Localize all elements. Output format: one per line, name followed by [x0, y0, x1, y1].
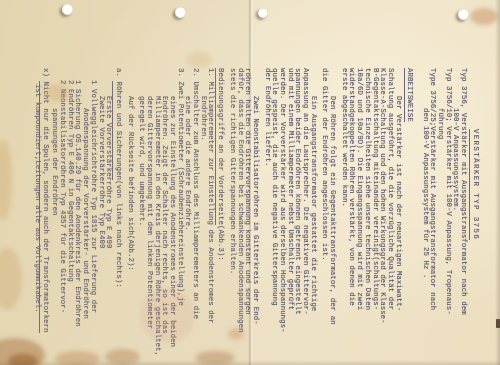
- text-line: Typ 3756/10; Verstärker mit 100-V Anpass…: [443, 68, 451, 341]
- text-line: werden. Der Vorverstärker wird aus derse…: [277, 68, 285, 341]
- text-line: ist kompoundiert;Leitungen alle aus Voll…: [32, 68, 40, 341]
- punch-hole-icon: [175, 7, 186, 18]
- text-line: Anpassung an die Lautsprecher. Die negat…: [300, 68, 308, 341]
- text-line: 1 Vollweggleichrichtröhre Typ 1815 zur L…: [88, 68, 96, 341]
- text-line: die Gitter der Endröhren angeschlossen i…: [320, 68, 328, 341]
- text-line: technische Einzelheiten siehe unsere tec…: [362, 68, 370, 341]
- text-line: Der Verstärker ist nach der neuartigen M…: [393, 68, 401, 341]
- blank-line: [412, 68, 420, 341]
- paper-edge-shadow: [0, 360, 500, 365]
- punch-hole-icon: [62, 4, 73, 15]
- text-line: 2 Endröhren Typ E 406 N in Gegentaktscha…: [65, 68, 73, 341]
- heading-line: Bedienungsgriffe an der Vorderseite(Abb.…: [215, 68, 223, 341]
- text-line: Den Röhren folgt ein Gegentakttransforma…: [327, 68, 335, 341]
- text-line: den 100-V Anpassungssystem für 25 Hz .: [420, 68, 428, 341]
- heading-line: a. Röhren und Sicherungen(von links nach…: [113, 68, 121, 341]
- text-line: Milliamperemeter in den Kreis derjenigen…: [152, 68, 160, 341]
- text-line: Ein Ausgangstransformator gestattet die …: [308, 68, 316, 341]
- text-line: eines zur Einstellung des Anodenstromes …: [167, 68, 175, 341]
- text-column: VERSTÄRKER TYP 3756Typ 3756, Verstärker …: [32, 0, 500, 365]
- document-title: VERSTÄRKER TYP 3756: [470, 28, 480, 341]
- text-line: erste abgeschaltet werden kann.: [339, 68, 347, 341]
- text-line: führung: [435, 68, 443, 341]
- heading-line: x) Nicht nur die Spulen, sondern auch de…: [40, 68, 48, 341]
- text-line: deren Gittervorspannung mit dem linken P…: [144, 68, 152, 341]
- text-line: stets die richtigen Gitterspannungen erh…: [227, 68, 235, 341]
- text-line: 10a/6D und 10a/9D). Die Eingangsspannung…: [354, 68, 362, 341]
- punch-hole-icon: [458, 9, 469, 20]
- scanned-document-page: VERSTÄRKER TYP 3756Typ 3756, Verstärker …: [0, 0, 500, 365]
- text-line: ARBEITSWEISE: [405, 68, 413, 341]
- text-line: Endröhren.: [198, 68, 206, 341]
- punch-hole-icon: [258, 8, 268, 18]
- text-line: der Endröhren liefert.: [262, 68, 270, 341]
- fold-crease: [248, 0, 253, 365]
- text-line: 3. Zwei Potentiometer (Schraubenzieherei…: [175, 68, 183, 341]
- paper-edge-shadow: [495, 0, 500, 365]
- text-line: 2. Umschalter zum Anschluss des Milliamp…: [190, 68, 198, 341]
- text-line: Anodenspannung der Vorverstärker- und En…: [80, 68, 88, 341]
- text-line: Auf der Rückseite befinden sich(Abb.2):: [125, 68, 133, 341]
- text-line: Typ 3756, Verstärker mit Ausgangstransfo…: [458, 68, 466, 341]
- text-line: 2 Neonstabilisatorröhren Typ 4357 für di…: [57, 68, 65, 341]
- text-line: und mit einem Milliampermeter nebst Umsc…: [285, 68, 293, 341]
- edge-mark-artifact: [496, 319, 500, 328]
- text-line: spannungen der Endröhren: [50, 68, 58, 341]
- text-line: geregelt wird, und umgekehrt.: [137, 68, 145, 341]
- text-line: Schaltung ausgeführt, die die vorzüglich…: [385, 68, 393, 341]
